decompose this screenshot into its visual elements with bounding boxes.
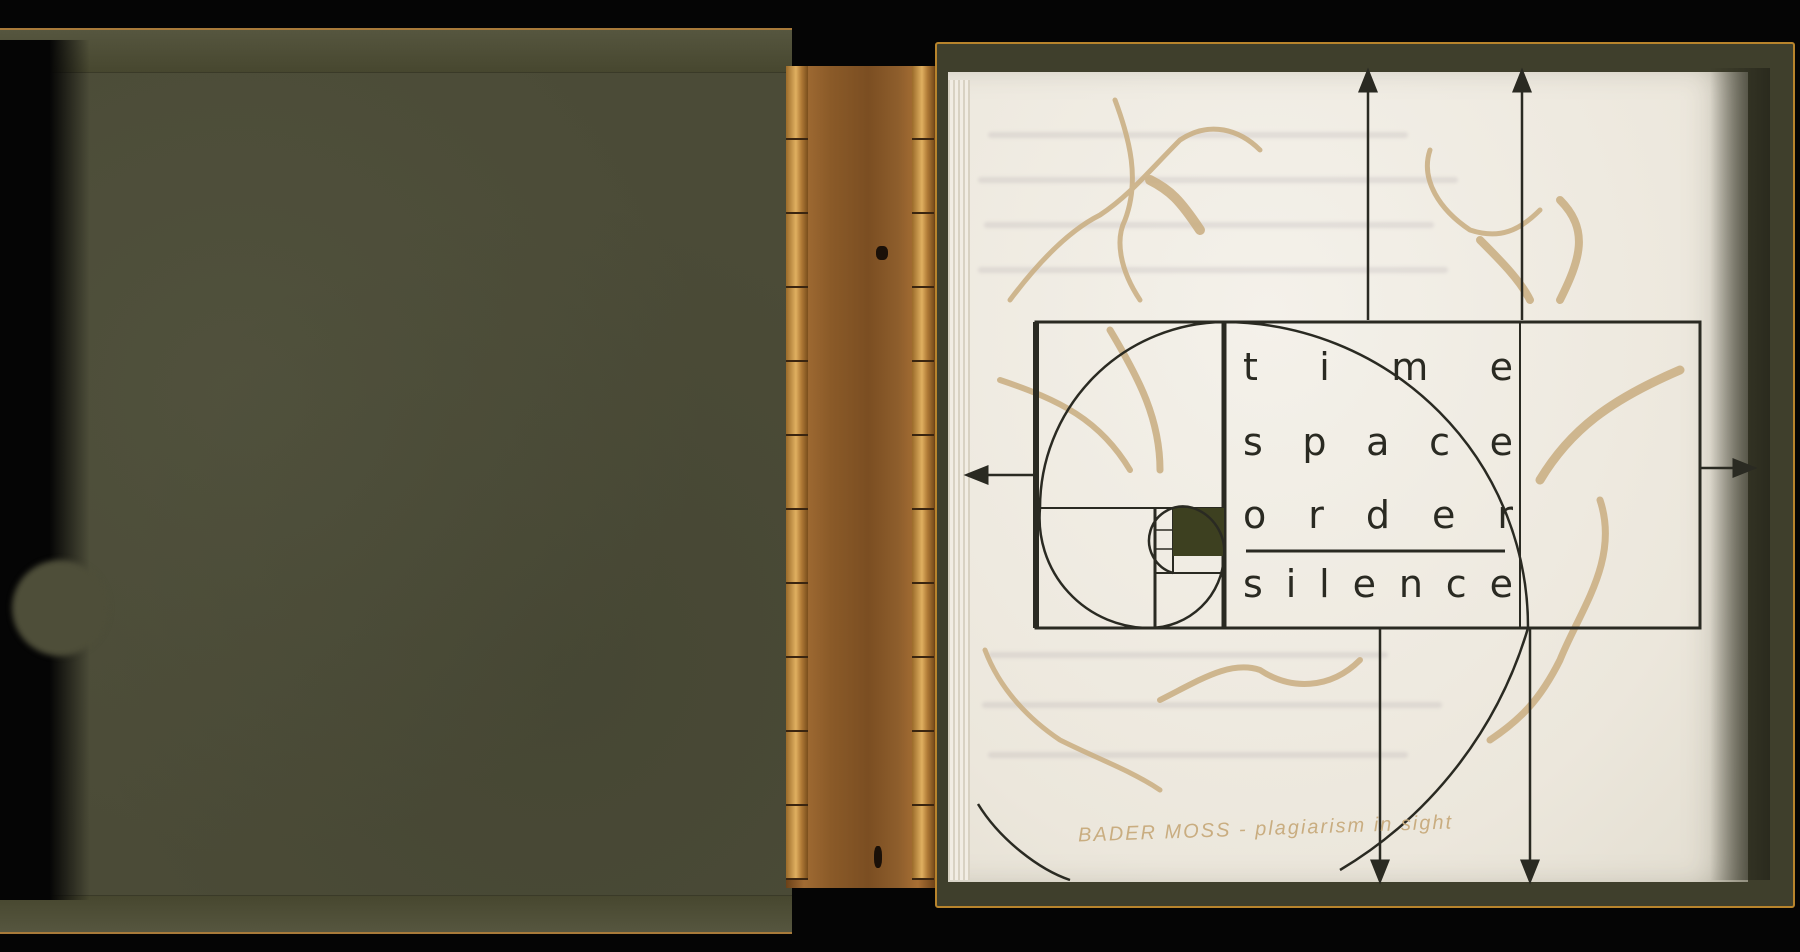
word-time: time xyxy=(1243,345,1513,389)
spiral-center-square xyxy=(1173,508,1224,556)
word-silence: silence xyxy=(1243,562,1513,606)
golden-ratio-diagram xyxy=(0,0,1800,952)
word-order: order xyxy=(1243,493,1513,537)
word-space: space xyxy=(1243,420,1513,464)
